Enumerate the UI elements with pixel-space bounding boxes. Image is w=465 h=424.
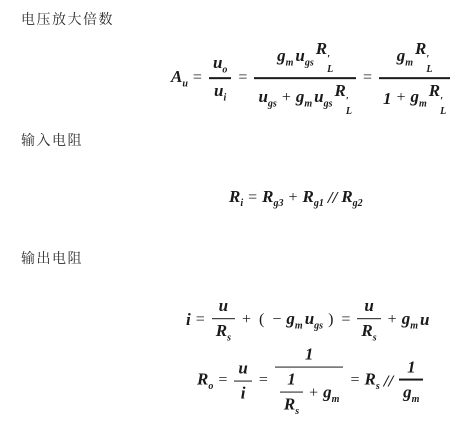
var-gm: gm bbox=[323, 382, 339, 404]
formula-voltage-gain: Au = uo ui = gm ugs R′L ugs + gm ugs R′L… bbox=[170, 39, 453, 117]
fraction-bar bbox=[212, 318, 235, 320]
section-label-input-resistance: 输入电阻 bbox=[21, 130, 83, 150]
var-RL-prime: R′L bbox=[316, 39, 333, 75]
plus-sign: + bbox=[289, 189, 298, 207]
numerator: 1 bbox=[403, 357, 420, 377]
var-RL-prime: R′L bbox=[415, 39, 432, 75]
plus-sign: + bbox=[388, 311, 397, 329]
parallel-sign: // bbox=[328, 188, 337, 208]
fraction-u-over-Rs: u Rs bbox=[212, 296, 235, 344]
var-Rs: Rs bbox=[216, 321, 231, 343]
right-paren: ) bbox=[328, 311, 333, 329]
formula-output-resistance: Ro = u i = 1 1 Rs + gm = Rs // 1 bbox=[196, 345, 426, 418]
var-Rg1: Rg1 bbox=[303, 187, 324, 209]
minus-sign: − bbox=[272, 311, 281, 329]
fraction-bar bbox=[275, 366, 344, 368]
var-u: u bbox=[364, 296, 373, 316]
fraction-bar bbox=[280, 391, 303, 393]
denominator: Rs bbox=[212, 321, 235, 343]
denominator: Rs bbox=[357, 321, 380, 343]
fraction-one-over-gm: 1 gm bbox=[399, 357, 423, 405]
var-ui: ui bbox=[214, 81, 226, 103]
denominator: i bbox=[237, 384, 250, 404]
numerator: u bbox=[360, 296, 377, 316]
equals-sign: = bbox=[350, 372, 359, 390]
plus-sign: + bbox=[242, 311, 251, 329]
var-RL-prime: R′L bbox=[429, 81, 446, 117]
numerator: u bbox=[234, 359, 251, 379]
plus-sign: + bbox=[282, 90, 291, 108]
equals-sign: = bbox=[259, 372, 268, 390]
var-ugs: ugs bbox=[314, 88, 332, 110]
var-Au: Au bbox=[171, 67, 188, 89]
denominator: 1 Rs + gm bbox=[275, 370, 344, 418]
var-u: u bbox=[238, 359, 247, 379]
denominator: 1 + gm R′L bbox=[379, 81, 450, 117]
var-i: i bbox=[186, 310, 191, 330]
var-u: u bbox=[219, 296, 228, 316]
equals-sign: = bbox=[363, 69, 372, 87]
numerator: 1 bbox=[301, 345, 318, 365]
plus-sign: + bbox=[396, 90, 405, 108]
equals-sign: = bbox=[341, 311, 350, 329]
digit-one: 1 bbox=[287, 370, 296, 390]
var-gm: gm bbox=[296, 88, 312, 110]
denominator: gm bbox=[399, 382, 423, 404]
var-i: i bbox=[241, 384, 246, 404]
denominator: ugs + gm ugs R′L bbox=[254, 81, 356, 117]
denominator: Rs bbox=[280, 395, 303, 417]
fraction-u-over-i: u i bbox=[234, 359, 251, 404]
var-ugs: ugs bbox=[258, 88, 276, 110]
formula-input-resistance: Ri = Rg3 + Rg1 // Rg2 bbox=[228, 187, 364, 209]
left-paren: ( bbox=[259, 311, 264, 329]
var-gm: gm bbox=[286, 309, 302, 331]
fraction-gain-simplified: gm R′L 1 + gm R′L bbox=[379, 39, 450, 117]
var-uo: uo bbox=[213, 53, 227, 75]
fraction-bar bbox=[254, 77, 356, 79]
fraction-bar bbox=[399, 379, 423, 381]
parallel-sign: // bbox=[384, 371, 393, 391]
equals-sign: = bbox=[218, 372, 227, 390]
var-Rs: Rs bbox=[284, 395, 299, 417]
var-Rs: Rs bbox=[364, 370, 379, 392]
var-u: u bbox=[420, 310, 429, 330]
fraction-uo-over-ui: uo ui bbox=[209, 53, 231, 103]
digit-one: 1 bbox=[407, 357, 416, 377]
var-gm: gm bbox=[403, 382, 419, 404]
fraction-bar bbox=[209, 77, 231, 79]
section-label-voltage-gain: 电压放大倍数 bbox=[21, 9, 114, 29]
var-Ri: Ri bbox=[229, 187, 243, 209]
fraction-one-over-Rs: 1 Rs bbox=[280, 370, 303, 418]
var-gm: gm bbox=[402, 309, 418, 331]
digit-one: 1 bbox=[383, 89, 392, 109]
fraction-gain-expanded: gm ugs R′L ugs + gm ugs R′L bbox=[254, 39, 356, 117]
var-Rs: Rs bbox=[361, 321, 376, 343]
denominator: ui bbox=[210, 81, 230, 103]
var-RL-prime: R′L bbox=[335, 81, 352, 117]
document-page: 电压放大倍数 Au = uo ui = gm ugs R′L ugs + gm … bbox=[0, 0, 465, 424]
var-gm: gm bbox=[411, 88, 427, 110]
section-label-output-resistance: 输出电阻 bbox=[21, 248, 83, 268]
numerator: 1 bbox=[283, 370, 300, 390]
numerator: gm ugs R′L bbox=[273, 39, 337, 75]
plus-sign: + bbox=[309, 384, 318, 402]
equals-sign: = bbox=[193, 69, 202, 87]
equals-sign: = bbox=[238, 69, 247, 87]
equals-sign: = bbox=[248, 189, 257, 207]
var-gm: gm bbox=[397, 46, 413, 68]
numerator: gm R′L bbox=[393, 39, 437, 75]
var-gm: gm bbox=[277, 46, 293, 68]
var-Rg3: Rg3 bbox=[262, 187, 283, 209]
numerator: u bbox=[215, 296, 232, 316]
var-ugs: ugs bbox=[295, 46, 313, 68]
fraction-bar bbox=[379, 77, 450, 79]
fraction-bar bbox=[234, 380, 251, 382]
fraction-one-over-sum: 1 1 Rs + gm bbox=[275, 345, 344, 418]
var-ugs: ugs bbox=[305, 309, 323, 331]
numerator: uo bbox=[209, 53, 231, 75]
equals-sign: = bbox=[196, 311, 205, 329]
fraction-u-over-Rs: u Rs bbox=[357, 296, 380, 344]
digit-one: 1 bbox=[305, 345, 314, 365]
var-Ro: Ro bbox=[197, 370, 213, 392]
fraction-bar bbox=[357, 318, 380, 320]
var-Rg2: Rg2 bbox=[341, 187, 362, 209]
formula-output-current: i = u Rs + ( − gm ugs ) = u Rs + gm u bbox=[185, 296, 430, 344]
